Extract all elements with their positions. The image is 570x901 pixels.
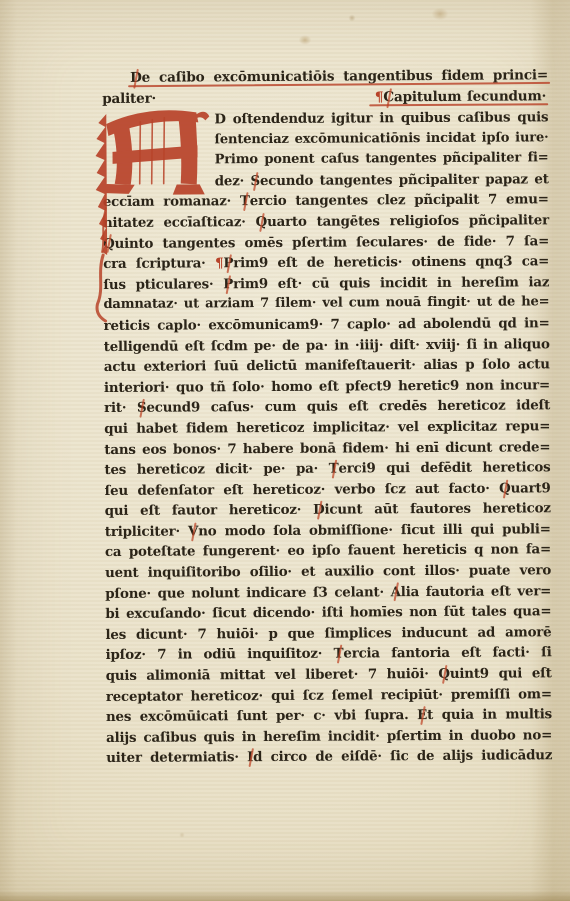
text-segment: interiori· quo tñ ſolo· homo eſt pfect9 … [104, 377, 550, 396]
text-line: ſeu defenſator eſt hereticoz· verbo ſcz … [105, 478, 551, 501]
text-segment: tes hereticoz dicit· pe· pa· [104, 461, 328, 478]
heading-line-2: paliter· ¶Capitulum ſecundum· [102, 86, 548, 110]
text-segment: telligendū eſt ſcdm pe· de pa· in ·iiij·… [104, 336, 550, 355]
text-segment: Primo ponent caſus tangentes pñcipaliter… [215, 150, 549, 167]
text-line: les dicunt· 7 huiōi· p que ſimplices ind… [105, 622, 551, 645]
text-line: uiter determiatis· Id circo de eiſdē· ſi… [106, 746, 552, 769]
text-line: uent inquiſitoribo oſilio· et auxilio co… [105, 560, 551, 583]
text-line: ca poteſtate fungerent· eo ipſo fauent h… [105, 540, 551, 563]
rubricated-capital: Q [438, 664, 450, 685]
rubricated-capital: Q [499, 478, 511, 499]
text-segment: actu exteriori ſuū delictū manifeſtaueri… [104, 356, 550, 375]
text-segment: apitulum ſecundum· [394, 88, 546, 105]
rubricated-capital: P [223, 274, 233, 295]
text-line: quis alimoniā mittat vel liberet· 7 huiō… [106, 663, 552, 686]
text-segment: no modo ſola obmiſſione· ſicut illi qui … [198, 521, 551, 539]
text-segment: nes excōmūicati ſunt per· c· vbi ſupra. [106, 707, 417, 725]
text-segment: lia fautoria eſt ver= [401, 583, 552, 600]
text-segment: D oſtendenduz igitur in quibus caſibus q… [214, 109, 548, 127]
text-segment: bi excuſando· ſicut dicendo· iſti homīes… [105, 604, 551, 623]
rubricated-capital: E [417, 705, 427, 726]
text-segment: ecundo tangentes pñcipaliter papaz et [260, 171, 549, 189]
text-segment: tripliciter· [105, 523, 188, 540]
text-segment: icunt aūt fautores hereticoz [324, 501, 550, 518]
text-line: interiori· quo tñ ſolo· homo eſt pfect9 … [104, 375, 550, 398]
initial-a-icon [92, 107, 211, 323]
text-line: tes hereticoz dicit· pe· pa· Terci9 qui … [104, 457, 550, 480]
rubricated-capital: T [240, 191, 250, 212]
text-line: tans eos bonos· 7 habere bonā fidem· hi … [104, 437, 550, 460]
rubricated-capital: D [313, 500, 325, 521]
rubricated-capital: S [250, 171, 260, 192]
text-segment: dez· [215, 173, 251, 189]
text-line: nes excōmūicati ſunt per· c· vbi ſupra. … [106, 704, 552, 727]
text-line: ipſoz· 7 in odiū inquiſitoz· Tercia fant… [106, 643, 552, 666]
text-segment: e caſibo excōmunicatiōis tangentibus fid… [142, 67, 548, 85]
text-segment: rim9 eſt· cū quis incidit in hereſim iaz [233, 274, 549, 292]
chapter-label: ¶Capitulum ſecundum· [375, 86, 548, 108]
text-line: bi excuſando· ſicut dicendo· iſti homīes… [105, 602, 551, 625]
running-title: De caſibo excōmunicatiōis tangentibus fi… [102, 65, 548, 89]
rubricated-capital: T [329, 459, 339, 480]
rubricated-capital: D [130, 68, 142, 89]
text-column: De caſibo excōmunicatiōis tangentibus fi… [102, 65, 552, 769]
text-segment: d circo de eiſdē· ſic de alijs iudicāduz [253, 748, 552, 766]
text-segment: rit· [104, 400, 137, 416]
text-segment: uent inquiſitoribo oſilio· et auxilio co… [105, 562, 551, 581]
text-segment: uart9 [511, 480, 551, 496]
illuminated-initial: A [92, 107, 211, 323]
text-segment: tans eos bonos· 7 habere bonā fidem· hi … [104, 439, 550, 458]
text-segment: ecund9 caſus· cum quis eſt credēs hereti… [146, 398, 550, 416]
rubricated-capital: P [223, 253, 233, 274]
text-segment: ſeu defenſator eſt hereticoz· verbo ſcz … [105, 480, 500, 498]
pilcrow-mark: ¶ [215, 255, 223, 271]
text-line: telligendū eſt ſcdm pe· de pa· in ·iiij·… [104, 334, 550, 357]
text-segment: ca poteſtate fungerent· eo ipſo fauent h… [105, 542, 551, 561]
text-segment: uarto tangētes religioſos pñcipaliter [267, 212, 549, 230]
text-segment: ſentenciaz excōmunicatiōnis incidat ipſo… [214, 130, 548, 147]
text-line: pſone· que nolunt indicare ſ3 celant· Al… [105, 581, 551, 604]
text-segment: ipſoz· 7 in odiū inquiſitoz· [106, 646, 334, 663]
rubricated-capital: I [247, 747, 253, 768]
text-segment: ercia fantoria eſt facti· ſi [343, 645, 551, 662]
parchment-page: De caſibo excōmunicatiōis tangentibus fi… [0, 0, 570, 901]
rubricated-capital: S [137, 398, 147, 419]
text-segment: paliter· [102, 91, 156, 107]
rubricated-capital: V [188, 521, 198, 542]
text-line: receptator hereticoz· qui ſcz ſemel reci… [106, 684, 552, 707]
pilcrow-mark: ¶ [375, 89, 384, 105]
text-segment: receptator hereticoz· qui ſcz ſemel reci… [106, 686, 552, 705]
text-line: actu exteriori ſuū delictū manifeſtaueri… [104, 354, 550, 377]
text-segment: les dicunt· 7 huiōi· p que ſimplices ind… [105, 624, 551, 643]
text-line: qui habet fidem hereticoz implicitaz· ve… [104, 416, 550, 439]
text-segment: ercio tangentes clez pñcipalit 7 emu= [250, 192, 549, 210]
rubricated-capital: T [334, 644, 344, 665]
text-line: tripliciter· Vno modo ſola obmiſſione· ſ… [105, 519, 551, 542]
rubricated-capital: C [383, 87, 394, 108]
rubricated-capital: Q [256, 212, 268, 233]
text-segment: qui eſt fautor hereticoz· [105, 502, 313, 519]
text-line: rit· Secund9 caſus· cum quis eſt credēs … [104, 396, 550, 419]
text-segment: erci9 qui defēdit hereticos [338, 459, 550, 476]
text-segment: qui habet fidem hereticoz implicitaz· ve… [104, 418, 550, 437]
text-segment: t quia in multis [427, 706, 552, 723]
text-segment: uint9 qui eſt [450, 665, 552, 682]
text-segment: quis alimoniā mittat vel liberet· 7 huiō… [106, 666, 439, 684]
text-segment: alijs caſibus quis in hereſim incidit· p… [106, 727, 552, 746]
text-segment: pſone· que nolunt indicare ſ3 celant· [105, 584, 390, 602]
rubricated-capital: A [391, 582, 401, 603]
text-line: alijs caſibus quis in hereſim incidit· p… [106, 725, 552, 748]
text-segment: rim9 eſt de hereticis· otinens qnq3 ca= [233, 253, 549, 271]
text-segment: uiter determiatis· [106, 750, 247, 767]
text-line: qui eſt fautor hereticoz· Dicunt aūt fau… [105, 499, 551, 522]
